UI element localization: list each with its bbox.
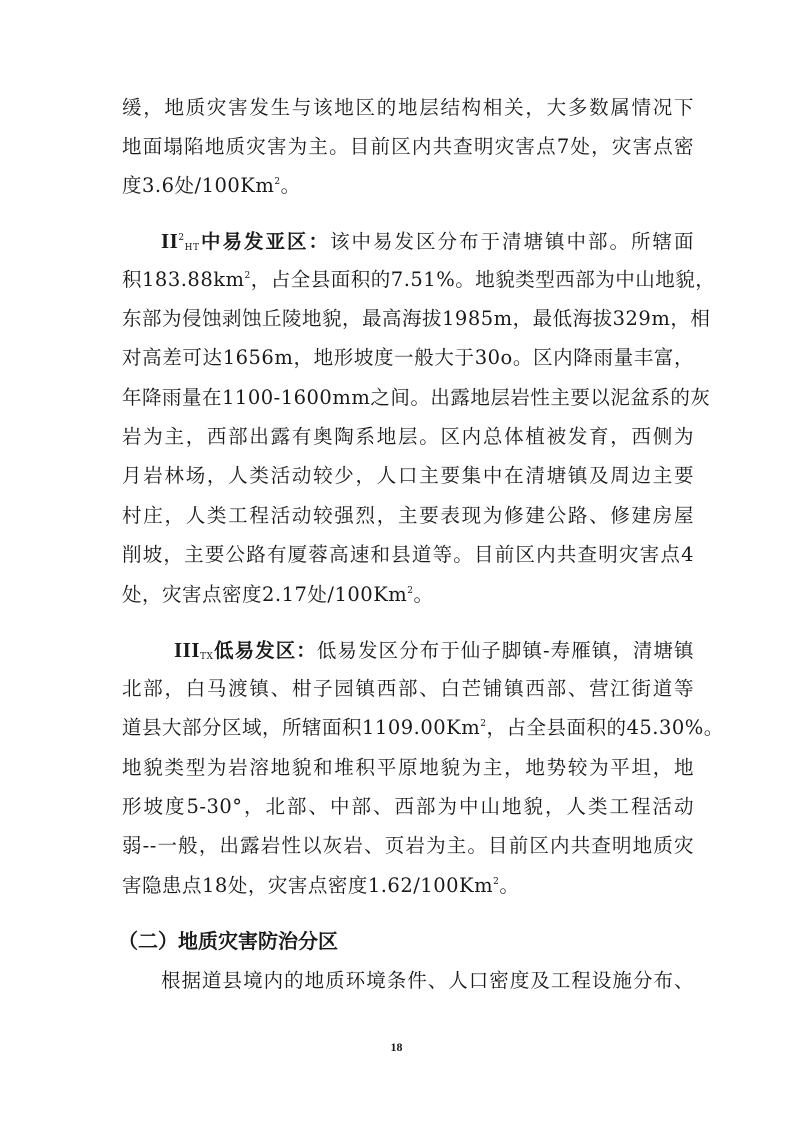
paragraph-line: 度3.6处/100Km2。	[122, 174, 694, 198]
paragraph-line: 对高差可达1656m，地形坡度一般大于30o。区内降雨量丰富，	[122, 346, 694, 370]
paragraph-line: 根据道县境内的地质环境条件、人口密度及工程设施分布、	[161, 969, 694, 993]
paragraph-line: 积183.88km2，占全县面积的7.51%。地貌类型西部为中山地貌，	[122, 268, 694, 292]
paragraph-line: 道县大部分区域，所辖面积1109.00Km2，占全县面积的45.30%。	[122, 716, 694, 740]
paragraph-line: 削坡，主要公路有厦蓉高速和县道等。目前区内共查明灾害点4	[122, 543, 694, 567]
paragraph-line: 北部，白马渡镇、柑子园镇西部、白芒铺镇西部、营江街道等	[122, 677, 694, 701]
paragraph-line: II2HT中易发亚区：该中易发区分布于清塘镇中部。所辖面	[161, 229, 694, 254]
section-heading: （二）地质灾害防治分区	[118, 929, 338, 953]
paragraph-line: 地面塌陷地质灾害为主。目前区内共查明灾害点7处，灾害点密	[122, 135, 694, 159]
paragraph-line: IIITX低易发区：低易发区分布于仙子脚镇-寿雁镇，清塘镇	[174, 638, 694, 663]
zone-label-roman: III	[174, 638, 200, 662]
paragraph-line: 害隐患点18处，灾害点密度1.62/100Km2。	[122, 874, 694, 898]
paragraph-line: 年降雨量在1100-1600mm之间。出露地层岩性主要以泥盆系的灰	[122, 386, 694, 410]
zone-label-title: 中易发亚区：	[199, 230, 330, 253]
document-page: 缓，地质灾害发生与该地区的地层结构相关，大多数属情况下 地面塌陷地质灾害为主。目…	[0, 0, 793, 1122]
paragraph-line: 弱--一般，出露岩性以灰岩、页岩为主。目前区内共查明地质灾	[122, 834, 694, 858]
paragraph-line: 形坡度5-30°，北部、中部、西部为中山地貌，人类工程活动	[122, 795, 694, 819]
paragraph-line: 村庄，人类工程活动较强烈，主要表现为修建公路、修建房屋	[122, 504, 694, 528]
zone-label-title: 低易发区：	[213, 639, 316, 662]
paragraph-line: 地貌类型为岩溶地貌和堆积平原地貌为主，地势较为平坦，地	[122, 756, 694, 780]
paragraph-line: 缓，地质灾害发生与该地区的地层结构相关，大多数属情况下	[122, 96, 694, 120]
zone-label-roman: II	[161, 229, 178, 253]
paragraph-line: 处，灾害点密度2.17处/100Km2。	[122, 583, 694, 607]
paragraph-line: 月岩林场，人类活动较少，人口主要集中在清塘镇及周边主要	[122, 464, 694, 488]
paragraph-line: 岩为主，西部出露有奥陶系地层。区内总体植被发育，西侧为	[122, 425, 694, 449]
page-number: 18	[0, 1040, 793, 1055]
paragraph-line: 东部为侵蚀剥蚀丘陵地貌，最高海拔1985m，最低海拔329m，相	[122, 307, 694, 331]
